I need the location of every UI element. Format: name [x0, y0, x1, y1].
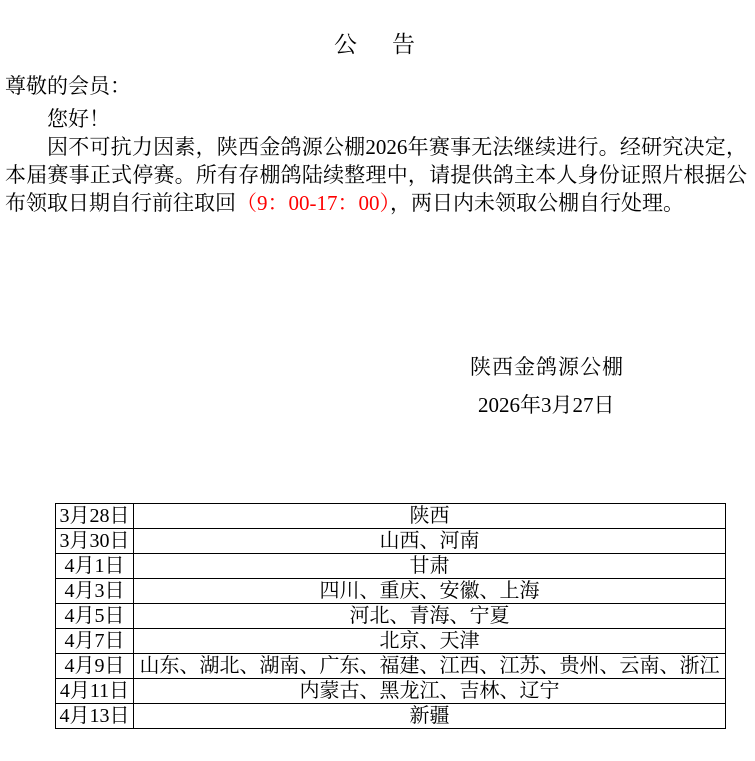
regions-cell: 甘肃 — [134, 554, 726, 579]
table-row: 4月11日 内蒙古、黑龙江、吉林、辽宁 — [56, 679, 726, 704]
regions-cell: 北京、天津 — [134, 629, 726, 654]
pickup-schedule-table: 3月28日 陕西 3月30日 山西、河南 4月1日 甘肃 4月3日 四川、重庆、… — [55, 503, 726, 729]
table-row: 3月28日 陕西 — [56, 504, 726, 529]
table-row: 4月1日 甘肃 — [56, 554, 726, 579]
date-cell: 4月13日 — [56, 704, 134, 729]
schedule-table-body: 3月28日 陕西 3月30日 山西、河南 4月1日 甘肃 4月3日 四川、重庆、… — [56, 504, 726, 729]
signature: 陕西金鸽源公棚 — [470, 351, 624, 381]
table-row: 3月30日 山西、河南 — [56, 529, 726, 554]
table-row: 4月9日 山东、湖北、湖南、广东、福建、江西、江苏、贵州、云南、浙江 — [56, 654, 726, 679]
greeting: 您好！ — [47, 103, 110, 133]
table-row: 4月13日 新疆 — [56, 704, 726, 729]
salutation: 尊敬的会员： — [5, 70, 131, 100]
date-cell: 4月1日 — [56, 554, 134, 579]
regions-cell: 内蒙古、黑龙江、吉林、辽宁 — [134, 679, 726, 704]
date-cell: 4月5日 — [56, 604, 134, 629]
regions-cell: 四川、重庆、安徽、上海 — [134, 579, 726, 604]
notice-text-part2: ，两日内未领取公棚自行处理。 — [390, 191, 684, 215]
regions-cell: 山东、湖北、湖南、广东、福建、江西、江苏、贵州、云南、浙江 — [134, 654, 726, 679]
table-row: 4月3日 四川、重庆、安徽、上海 — [56, 579, 726, 604]
page-title: 公 告 — [0, 26, 755, 59]
regions-cell: 山西、河南 — [134, 529, 726, 554]
notice-paragraph: 因不可抗力因素，陕西金鸽源公棚2026年赛事无法继续进行。经研究决定，本届赛事正… — [5, 133, 747, 217]
table-row: 4月7日 北京、天津 — [56, 629, 726, 654]
date-cell: 4月11日 — [56, 679, 134, 704]
regions-cell: 河北、青海、宁夏 — [134, 604, 726, 629]
pickup-hours: （9：00-17：00） — [236, 191, 390, 215]
announcement-document: 公 告 尊敬的会员： 您好！ 因不可抗力因素，陕西金鸽源公棚2026年赛事无法继… — [0, 0, 755, 761]
regions-cell: 陕西 — [134, 504, 726, 529]
date-cell: 3月28日 — [56, 504, 134, 529]
date-cell: 4月7日 — [56, 629, 134, 654]
regions-cell: 新疆 — [134, 704, 726, 729]
document-date: 2026年3月27日 — [478, 389, 615, 419]
date-cell: 4月3日 — [56, 579, 134, 604]
date-cell: 4月9日 — [56, 654, 134, 679]
table-row: 4月5日 河北、青海、宁夏 — [56, 604, 726, 629]
date-cell: 3月30日 — [56, 529, 134, 554]
